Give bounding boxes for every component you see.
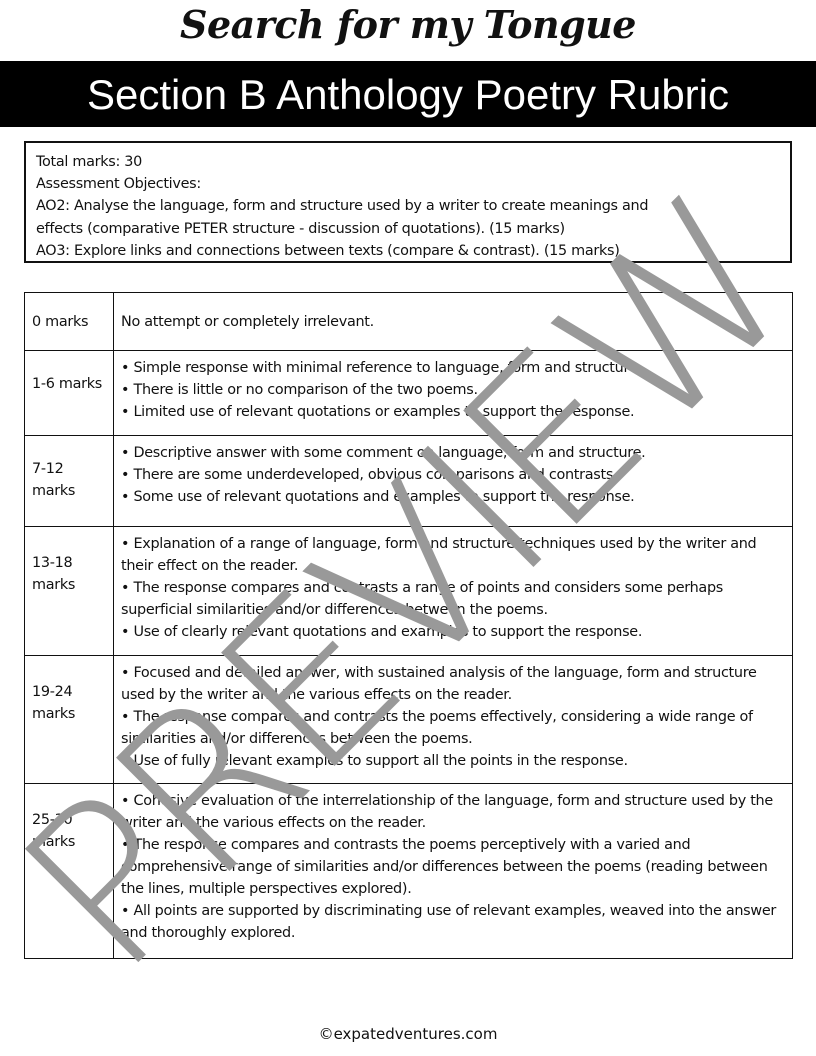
- band-descriptors: • Focused and detailed answer, with sust…: [114, 656, 793, 784]
- descriptor-line: • Cohesive evaluation of the interrelati…: [121, 790, 785, 834]
- descriptor-line: • Simple response with minimal reference…: [121, 357, 785, 379]
- rubric-row: 13-18 marks• Explanation of a range of l…: [25, 527, 793, 656]
- ao2-line-1: AO2: Analyse the language, form and stru…: [36, 195, 780, 217]
- descriptor-line: • Use of clearly relevant quotations and…: [121, 621, 785, 643]
- band-descriptors: No attempt or completely irrelevant.: [114, 293, 793, 351]
- rubric-table: 0 marksNo attempt or completely irreleva…: [24, 292, 793, 959]
- descriptor-line: • Use of fully relevant examples to supp…: [121, 750, 785, 772]
- assessment-info-box: Total marks: 30 Assessment Objectives: A…: [24, 141, 792, 263]
- section-banner: Section B Anthology Poetry Rubric: [0, 61, 816, 127]
- objectives-label: Assessment Objectives:: [36, 173, 780, 195]
- total-marks: Total marks: 30: [36, 151, 780, 173]
- descriptor-line: • Some use of relevant quotations and ex…: [121, 486, 785, 508]
- document-title: Search for my Tongue: [0, 0, 816, 60]
- marks-band: 25-30 marks: [25, 784, 114, 959]
- descriptor-line: No attempt or completely irrelevant.: [121, 311, 785, 333]
- rubric-row: 0 marksNo attempt or completely irreleva…: [25, 293, 793, 351]
- descriptor-line: • The response compares and contrasts a …: [121, 577, 785, 621]
- descriptor-line: • Explanation of a range of language, fo…: [121, 533, 785, 577]
- descriptor-line: • The response compares and contrasts th…: [121, 834, 785, 900]
- rubric-row: 19-24 marks• Focused and detailed answer…: [25, 656, 793, 784]
- rubric-row: 7-12 marks• Descriptive answer with some…: [25, 436, 793, 527]
- ao3-line: AO3: Explore links and connections betwe…: [36, 240, 780, 262]
- marks-band: 0 marks: [25, 293, 114, 351]
- rubric-row: 25-30 marks• Cohesive evaluation of the …: [25, 784, 793, 959]
- descriptor-line: • Descriptive answer with some comment o…: [121, 442, 785, 464]
- descriptor-line: • There is little or no comparison of th…: [121, 379, 785, 401]
- ao2-line-2: effects (comparative PETER structure - d…: [36, 218, 780, 240]
- descriptor-line: • There are some underdeveloped, obvious…: [121, 464, 785, 486]
- copyright-footer: ©expatedventures.com: [0, 1025, 816, 1043]
- band-descriptors: • Descriptive answer with some comment o…: [114, 436, 793, 527]
- rubric-row: 1-6 marks• Simple response with minimal …: [25, 351, 793, 436]
- descriptor-line: • The response compares and contrasts th…: [121, 706, 785, 750]
- band-descriptors: • Cohesive evaluation of the interrelati…: [114, 784, 793, 959]
- marks-band: 7-12 marks: [25, 436, 114, 527]
- marks-band: 19-24 marks: [25, 656, 114, 784]
- descriptor-line: • Limited use of relevant quotations or …: [121, 401, 785, 423]
- marks-band: 1-6 marks: [25, 351, 114, 436]
- descriptor-line: • All points are supported by discrimina…: [121, 900, 785, 944]
- band-descriptors: • Explanation of a range of language, fo…: [114, 527, 793, 656]
- band-descriptors: • Simple response with minimal reference…: [114, 351, 793, 436]
- descriptor-line: • Focused and detailed answer, with sust…: [121, 662, 785, 706]
- marks-band: 13-18 marks: [25, 527, 114, 656]
